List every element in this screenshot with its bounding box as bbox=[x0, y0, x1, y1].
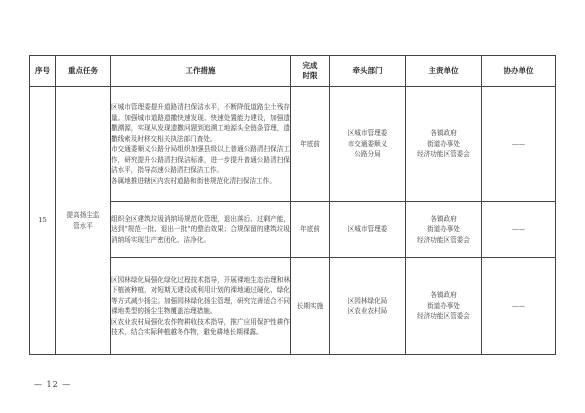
lead-department-cell: 区城市管理委 bbox=[330, 202, 406, 258]
header-lead-department: 牵头部门 bbox=[330, 56, 406, 87]
table-header-row: 序号 重点任务 工作措施 完成 时限 牵头部门 主责单位 协办单位 bbox=[30, 56, 556, 87]
table-row: 15 提高扬尘监 管水平 区城市管理委提升道路清扫保洁水平，不断降低道路尘土残存… bbox=[30, 87, 556, 202]
lead-department-cell: 区城市管理委 市交通委顺义 公路分局 bbox=[330, 87, 406, 202]
measures-cell: 组织全区建筑垃圾消纳场规范化管理，退出落后、过剩产能，达到“规范一批、退出一批”… bbox=[111, 202, 291, 258]
header-deadline: 完成 时限 bbox=[291, 56, 330, 87]
deadline-cell: 长期实施 bbox=[291, 258, 330, 355]
header-serial: 序号 bbox=[30, 56, 56, 87]
deadline-cell: 年底前 bbox=[291, 87, 330, 202]
document-page: 序号 重点任务 工作措施 完成 时限 牵头部门 主责单位 协办单位 15 提高扬… bbox=[0, 0, 585, 413]
task-table: 序号 重点任务 工作措施 完成 时限 牵头部门 主责单位 协办单位 15 提高扬… bbox=[29, 55, 556, 355]
measures-cell: 区园林绿化局强化绿化过程技术指导，开展裸地生态治理和林下植被种植，对短期无建设或… bbox=[111, 258, 291, 355]
responsible-unit-cell: 各镇政府 街道办事处 经济功能区管委会 bbox=[406, 258, 482, 355]
assisting-unit-cell: —— bbox=[482, 202, 556, 258]
key-task-cell: 提高扬尘监 管水平 bbox=[56, 87, 111, 355]
serial-number-cell: 15 bbox=[30, 87, 56, 355]
header-measures: 工作措施 bbox=[111, 56, 291, 87]
page-number: — 12 — bbox=[34, 380, 71, 389]
measures-cell: 区城市管理委提升道路清扫保洁水平，不断降低道路尘土残存量。加强城市道路遗撒快速发… bbox=[111, 87, 291, 202]
header-responsible-unit: 主责单位 bbox=[406, 56, 482, 87]
responsible-unit-cell: 各镇政府 街道办事处 经济功能区管委会 bbox=[406, 202, 482, 258]
header-assisting-unit: 协办单位 bbox=[482, 56, 556, 87]
header-key-task: 重点任务 bbox=[56, 56, 111, 87]
responsible-unit-cell: 各镇政府 街道办事处 经济功能区管委会 bbox=[406, 87, 482, 202]
assisting-unit-cell: —— bbox=[482, 87, 556, 202]
lead-department-cell: 区园林绿化局 区农业农村局 bbox=[330, 258, 406, 355]
deadline-cell: 年底前 bbox=[291, 202, 330, 258]
assisting-unit-cell: —— bbox=[482, 258, 556, 355]
